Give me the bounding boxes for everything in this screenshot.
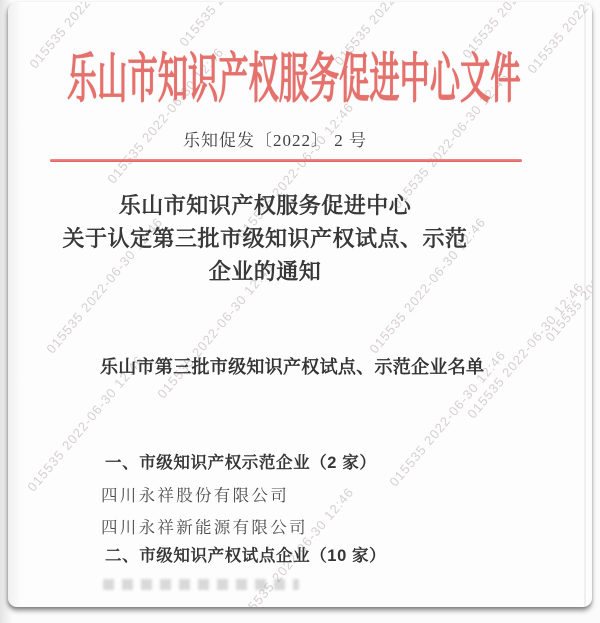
watermark-text: 015535 2022-06-30 12:46: [464, 279, 586, 421]
notice-title-line-1: 乐山市知识产权服务促进中心: [8, 189, 522, 222]
company-item: 四川永祥股份有限公司: [101, 482, 289, 506]
section-heading-demonstration-enterprises: 一、市级知识产权示范企业（2 家）: [105, 449, 376, 473]
notice-title-block: 乐山市知识产权服务促进中心 关于认定第三批市级知识产权试点、示范 企业的通知: [8, 189, 522, 288]
section-heading-pilot-enterprises: 二、市级知识产权试点企业（10 家）: [105, 542, 386, 566]
letterhead-divider-line: [50, 159, 522, 162]
notice-title-line-3: 企业的通知: [8, 255, 522, 288]
letterhead-org-title: 乐山市知识产权服务促进中心文件: [67, 49, 521, 109]
notice-title-line-2: 关于认定第三批市级知识产权试点、示范: [8, 222, 522, 255]
watermark-text: 015535 2022-06-30 12:46: [176, 2, 298, 49]
faded-text-remnant: [103, 579, 299, 590]
scanned-document-photo: 015535 2022-06-30 12:46015535 2022-06-30…: [0, 0, 600, 623]
document-page: 015535 2022-06-30 12:46015535 2022-06-30…: [8, 2, 592, 607]
watermark-text: 015535 2022-06-30 12:46: [542, 202, 592, 344]
company-item: 四川永祥新能源有限公司: [101, 514, 308, 538]
enterprise-list-title: 乐山市第三批市级知识产权试点、示范企业名单: [100, 353, 484, 379]
document-number: 乐知促发〔2022〕 2 号: [183, 126, 367, 151]
red-letterhead: 乐山市知识产权服务促进中心文件: [67, 49, 592, 111]
